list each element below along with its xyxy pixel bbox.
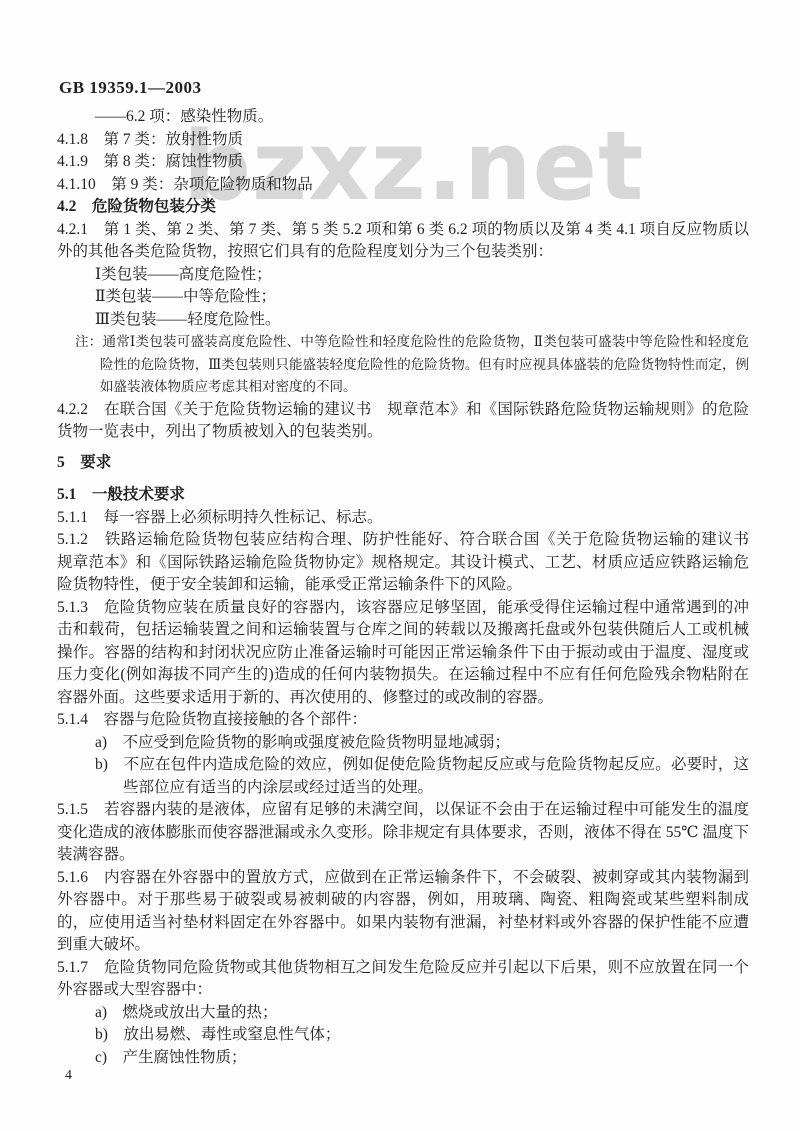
packing-group-1-line: Ⅰ类包装——高度危险性； [57,264,749,287]
clause-5-1-2: 5.1.2 铁路运输危险货物包装应结构合理、防护性能好、符合联合国《关于危险货物… [57,529,749,597]
para-infectious-item: ——6.2 项：感染性物质。 [57,106,749,129]
clause-5-1-7: 5.1.7 危险货物同危险货物或其他货物相互之间发生危险反应并引起以下后果，则不… [57,957,749,1002]
clause-4-2-2: 4.2.2 在联合国《关于危险货物运输的建议书 规章范本》和《国际铁路危险货物运… [57,399,749,444]
list-item-5-1-7-a: a) 燃烧或放出大量的热； [57,1002,749,1025]
list-item-5-1-4-a: a) 不应受到危险货物的影响或强度被危险货物明显地减弱； [57,732,749,755]
list-item-5-1-7-b: b) 放出易燃、毒性或窒息性气体； [57,1024,749,1047]
clause-5-1-4: 5.1.4 容器与危险货物直接接触的各个部件： [57,709,749,732]
clause-5-1-3: 5.1.3 危险货物应装在质量良好的容器内，该容器应足够坚固，能承受得住运输过程… [57,597,749,710]
page-number: 4 [65,1068,72,1084]
packing-group-3-line: Ⅲ类包装——轻度危险性。 [57,309,749,332]
list-item-5-1-7-c: c) 产生腐蚀性物质； [57,1047,749,1070]
clause-4-1-10: 4.1.10 第 9 类：杂项危险物质和物品 [57,174,749,197]
clause-4-2-1: 4.2.1 第 1 类、第 2 类、第 7 类、第 5 类 5.2 项和第 6 … [57,219,749,264]
list-item-5-1-4-b: b) 不应在包件内造成危险的效应，例如促使危险货物起反应或与危险货物起反应。必要… [57,754,749,799]
clause-4-1-8: 4.1.8 第 7 类：放射性物质 [57,129,749,152]
standard-code-header: GB 19359.1—2003 [59,78,202,98]
document-body: ——6.2 项：感染性物质。 4.1.8 第 7 类：放射性物质 4.1.9 第… [57,106,749,1069]
clause-5-1-6: 5.1.6 内容器在外容器中的置放方式，应做到在正常运输条件下，不会破裂、被刺穿… [57,867,749,957]
clause-4-1-9: 4.1.9 第 8 类：腐蚀性物质 [57,151,749,174]
packing-group-2-line: Ⅱ类包装——中等危险性； [57,286,749,309]
clause-5-1-5: 5.1.5 若容器内装的是液体，应留有足够的未满空间，以保证不会由于在运输过程中… [57,799,749,867]
note-packing-groups: 注：通常Ⅰ类包装可盛装高度危险性、中等危险性和轻度危险性的危险货物，Ⅱ类包装可盛… [75,331,749,399]
clause-5-1-1: 5.1.1 每一容器上必须标明持久性标记、标志。 [57,507,749,530]
heading-5-1: 5.1 一般技术要求 [57,484,749,507]
heading-5: 5 要求 [57,452,749,475]
document-page: bzxz.net GB 19359.1—2003 ——6.2 项：感染性物质。 … [0,0,800,1131]
heading-4-2: 4.2 危险货物包装分类 [57,196,749,219]
